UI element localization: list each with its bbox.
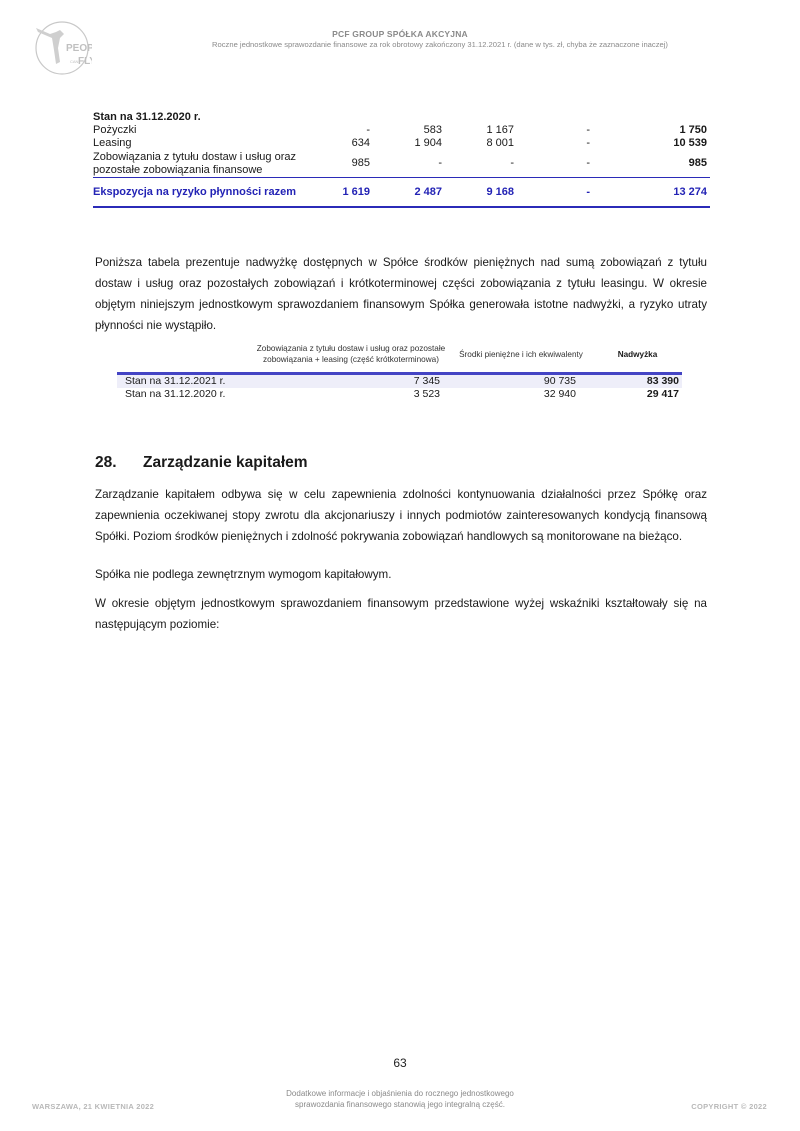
report-subtitle: Roczne jednostkowe sprawozdanie finansow… — [40, 40, 800, 49]
row-label: Leasing — [93, 137, 308, 150]
liquidity-risk-table: Stan na 31.12.2020 r. Pożyczki - 583 1 1… — [93, 110, 710, 208]
paragraph-external-requirements: Spółka nie podlega zewnętrznym wymogom k… — [95, 564, 707, 585]
paragraph-indicators: W okresie objętym jednostkowym sprawozda… — [95, 593, 707, 635]
paragraph-surplus-intro: Poniższa tabela prezentuje nadwyżkę dost… — [95, 252, 707, 336]
table-row: Stan na 31.12.2021 r. 7 345 90 735 83 39… — [117, 375, 682, 388]
svg-text:FLY: FLY — [78, 56, 92, 67]
row-label: Pożyczki — [93, 124, 308, 137]
section-title: Zarządzanie kapitałem — [143, 454, 308, 471]
company-name: PCF GROUP SPÓŁKA AKCYJNA — [0, 29, 800, 39]
surplus-table: Zobowiązania z tytułu dostaw i usług ora… — [117, 336, 682, 401]
row-label: Zobowiązania z tytułu dostaw i usług ora… — [93, 151, 308, 177]
column-header-liabilities: Zobowiązania z tytułu dostaw i usług ora… — [253, 343, 449, 365]
table-header: Zobowiązania z tytułu dostaw i usług ora… — [117, 336, 682, 375]
column-header-cash: Środki pieniężne i ich ekwiwalenty — [449, 349, 593, 360]
section-number: 28. — [95, 454, 143, 472]
table-total-row: Ekspozycja na ryzyko płynności razem 1 6… — [93, 178, 710, 208]
column-header-surplus: Nadwyżka — [593, 349, 682, 360]
section-heading: 28.Zarządzanie kapitałem — [95, 454, 308, 472]
paragraph-capital-management: Zarządzanie kapitałem odbywa się w celu … — [95, 484, 707, 547]
total-label: Ekspozycja na ryzyko płynności razem — [93, 186, 308, 199]
table-section-title: Stan na 31.12.2020 r. — [93, 110, 710, 124]
table-row: Stan na 31.12.2020 r. 3 523 32 940 29 41… — [117, 388, 682, 401]
table-row: Leasing 634 1 904 8 001 - 10 539 — [93, 137, 710, 150]
page-number: 63 — [0, 1056, 800, 1070]
footer-note: Dodatkowe informacje i objaśnienia do ro… — [0, 1088, 800, 1110]
footer-copyright: COPYRIGHT © 2022 — [691, 1102, 767, 1111]
table-row: Zobowiązania z tytułu dostaw i usług ora… — [93, 150, 710, 178]
table-row: Pożyczki - 583 1 167 - 1 750 — [93, 124, 710, 137]
